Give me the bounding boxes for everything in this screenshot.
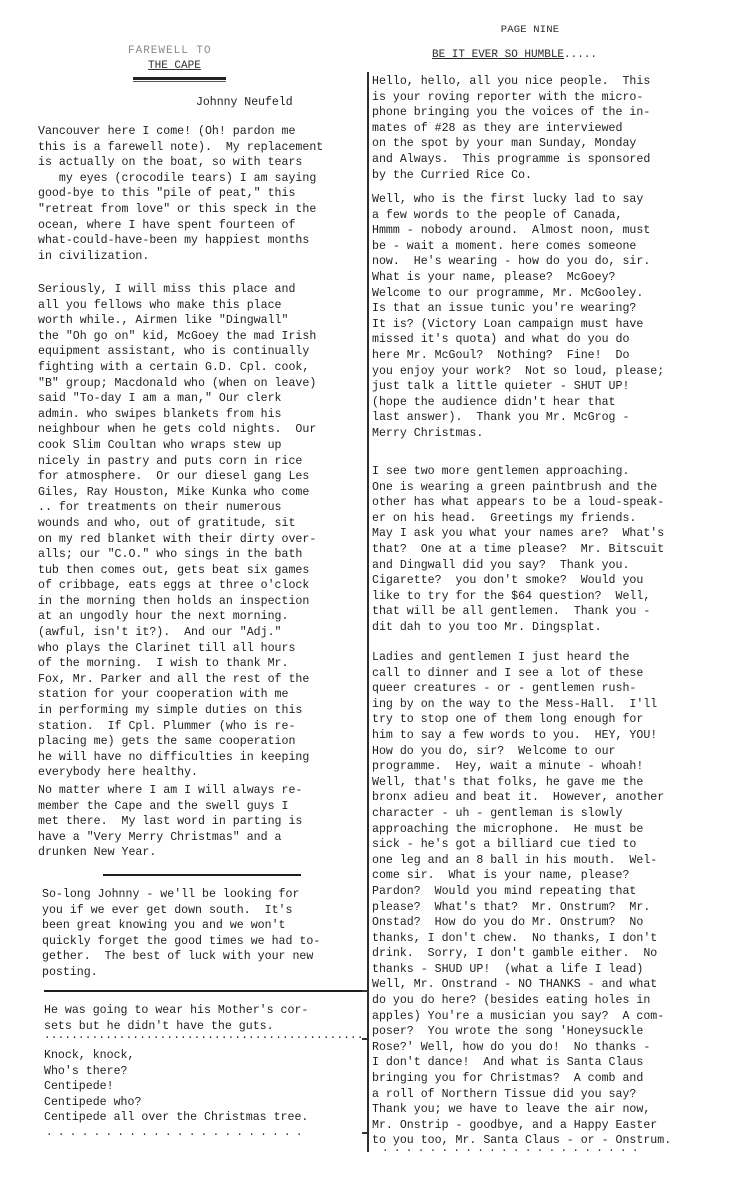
section-divider <box>44 990 367 992</box>
article-paragraph: No matter where I am I will always re- m… <box>38 783 302 861</box>
article-heading-line1: FAREWELL TO <box>128 45 212 57</box>
article-title-ellipsis: ..... <box>564 49 597 61</box>
article-byline: Johnny Neufeld <box>196 96 293 109</box>
article-title: BE IT EVER SO HUMBLE..... <box>432 49 597 61</box>
heading-underline <box>133 77 226 80</box>
article-paragraph: I see two more gentlemen approaching. On… <box>372 464 664 636</box>
article-paragraph: Hello, hello, all you nice people. This … <box>372 74 650 183</box>
article-paragraph: Well, who is the first lucky lad to say … <box>372 192 664 442</box>
dotted-divider: ...................... <box>46 1127 308 1139</box>
column-divider-tick <box>362 990 367 992</box>
dotted-divider: ...................... <box>382 1143 644 1155</box>
article-title-text: BE IT EVER SO HUMBLE <box>432 49 564 61</box>
column-divider-tick <box>362 1132 367 1134</box>
article-paragraph: Vancouver here I come! (Oh! pardon me th… <box>38 124 323 264</box>
section-divider <box>103 874 301 876</box>
heading-underline-secondary <box>133 81 226 82</box>
column-divider-tick <box>362 1038 367 1040</box>
farewell-note: So-long Johnny - we'll be looking for yo… <box>42 887 320 981</box>
dotted-divider: ........................................… <box>44 1030 364 1042</box>
article-paragraph: Ladies and gentlemen I just heard the ca… <box>372 650 671 1149</box>
article-paragraph: Seriously, I will miss this place and al… <box>38 282 316 781</box>
page-number: PAGE NINE <box>480 24 580 36</box>
article-heading-line2: THE CAPE <box>148 60 201 72</box>
knock-knock-joke: Knock, knock, Who's there? Centipede! Ce… <box>44 1048 308 1126</box>
column-divider <box>367 72 369 1152</box>
